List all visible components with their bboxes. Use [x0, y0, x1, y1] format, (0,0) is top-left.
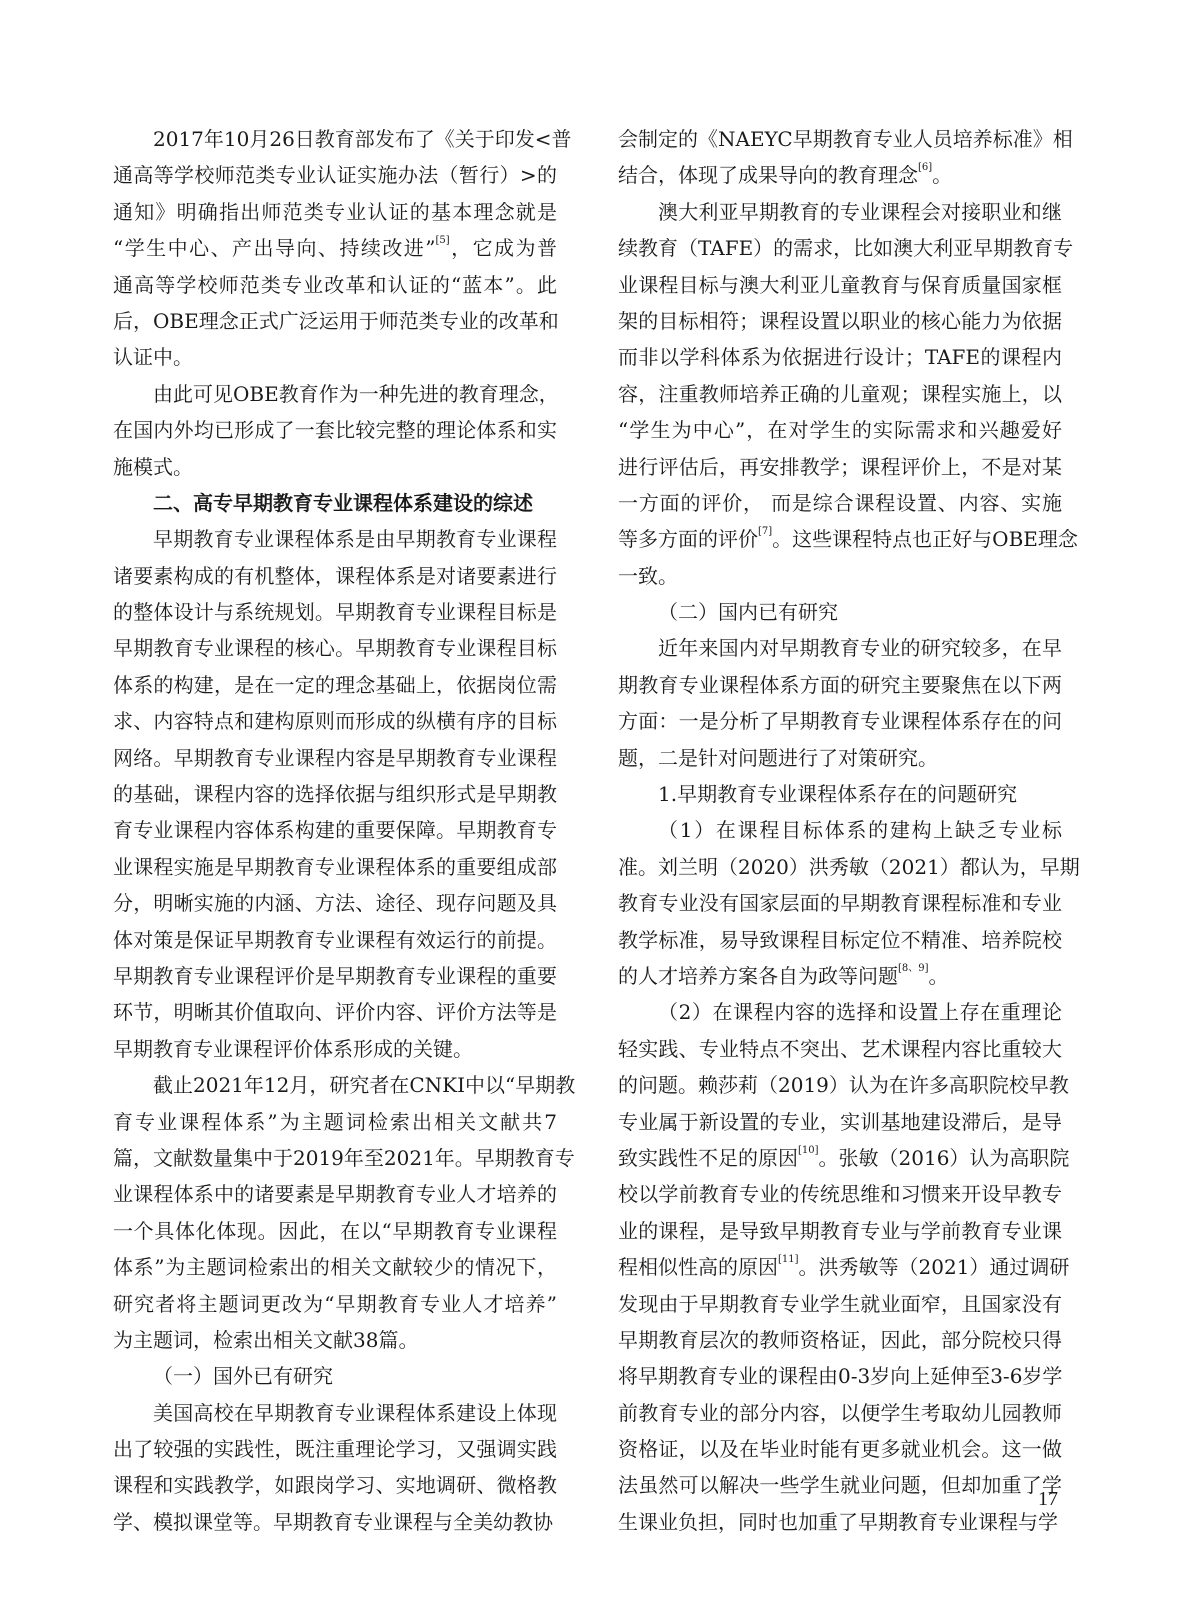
citation-ref: [5]: [435, 235, 449, 246]
citation-ref: [7]: [758, 526, 772, 537]
text-line: 一致。: [618, 558, 1062, 594]
text-line: 资格证，以及在毕业时能有更多就业机会。这一做: [618, 1431, 1062, 1467]
text-line: 业课程体系中的诸要素是早期教育专业人才培养的: [113, 1176, 557, 1212]
right-column: 会制定的《NAEYC早期教育专业人员培养标准》相结合，体现了成果导向的教育理念[…: [618, 121, 1062, 1540]
text-line: 方面：一是分析了早期教育专业课程体系存在的问: [618, 703, 1062, 739]
paragraph: 由此可见OBE教育作为一种先进的教育理念，在国内外均已形成了一套比较完整的理论体…: [113, 376, 557, 485]
text-line: 期教育专业课程体系方面的研究主要聚焦在以下两: [618, 667, 1062, 703]
text-line: 通知》明确指出师范类专业认证的基本理念就是: [113, 194, 557, 230]
text-line: 美国高校在早期教育专业课程体系建设上体现: [113, 1395, 557, 1431]
text-line: 早期教育专业课程的核心。早期教育专业课程目标: [113, 630, 557, 666]
text-line: 轻实践、专业特点不突出、艺术课程内容比重较大: [618, 1031, 1062, 1067]
text-line: 近年来国内对早期教育专业的研究较多，在早: [618, 630, 1062, 666]
text-line: 认证中。: [113, 339, 557, 375]
page-number: 17: [1038, 1488, 1058, 1511]
text-line: 求、内容特点和建构原则而形成的纵横有序的目标: [113, 703, 557, 739]
text-line: 施模式。: [113, 449, 557, 485]
text-line: （二）国内已有研究: [618, 594, 1062, 630]
text-line: 容，注重教师培养正确的儿童观；课程实施上，以: [618, 376, 1062, 412]
text-line: 通高等学校师范类专业改革和认证的“蓝本”。此: [113, 267, 557, 303]
text-line: 早期教育专业课程评价体系形成的关键。: [113, 1031, 557, 1067]
text-line: 分，明晰实施的内涵、方法、途径、现存问题及具: [113, 885, 557, 921]
text-line: 环节，明晰其价值取向、评价内容、评价方法等是: [113, 994, 557, 1030]
text-line: 通高等学校师范类专业认证实施办法（暂行）>的: [113, 157, 557, 193]
text-line: 育专业课程体系”为主题词检索出相关文献共7: [113, 1104, 557, 1140]
text-line: 二、高专早期教育专业课程体系建设的综述: [113, 485, 557, 521]
text-line: 进行评估后，再安排教学；课程评价上，不是对某: [618, 449, 1062, 485]
citation-ref: [8、9]: [898, 963, 929, 974]
text-line: 致实践性不足的原因[10]。张敏（2016）认为高职院: [618, 1140, 1062, 1176]
text-line: 早期教育专业课程体系是由早期教育专业课程: [113, 521, 557, 557]
paragraph: 近年来国内对早期教育专业的研究较多，在早期教育专业课程体系方面的研究主要聚焦在以…: [618, 630, 1062, 776]
section-heading: 二、高专早期教育专业课程体系建设的综述: [113, 485, 557, 521]
paragraph: 会制定的《NAEYC早期教育专业人员培养标准》相结合，体现了成果导向的教育理念[…: [618, 121, 1062, 194]
text-line: 截止2021年12月，研究者在CNKI中以“早期教: [113, 1067, 557, 1103]
text-line: （2）在课程内容的选择和设置上存在重理论: [618, 994, 1062, 1030]
text-line: 由此可见OBE教育作为一种先进的教育理念，: [113, 376, 557, 412]
text-line: 一方面的评价， 而是综合课程设置、内容、实施: [618, 485, 1062, 521]
text-line: 而非以学科体系为依据进行设计；TAFE的课程内: [618, 339, 1062, 375]
text-line: 出了较强的实践性，既注重理论学习，又强调实践: [113, 1431, 557, 1467]
text-line: 前教育专业的部分内容，以便学生考取幼儿园教师: [618, 1395, 1062, 1431]
text-line: 专业属于新设置的专业，实训基地建设滞后，是导: [618, 1104, 1062, 1140]
paragraph: 美国高校在早期教育专业课程体系建设上体现出了较强的实践性，既注重理论学习，又强调…: [113, 1395, 557, 1541]
text-line: 2017年10月26日教育部发布了《关于印发<普: [113, 121, 557, 157]
text-line: 学、模拟课堂等。早期教育专业课程与全美幼教协: [113, 1504, 557, 1540]
text-line: 课程和实践教学，如跟岗学习、实地调研、微格教: [113, 1467, 557, 1503]
text-line: 题，二是针对问题进行了对策研究。: [618, 740, 1062, 776]
text-line: 研究者将主题词更改为“早期教育专业人才培养”: [113, 1286, 557, 1322]
text-line: 体系的构建，是在一定的理念基础上，依据岗位需: [113, 667, 557, 703]
text-line: 架的目标相符；课程设置以职业的核心能力为依据: [618, 303, 1062, 339]
text-line: 1.早期教育专业课程体系存在的问题研究: [618, 776, 1062, 812]
text-line: （一）国外已有研究: [113, 1358, 557, 1394]
text-line: 诸要素构成的有机整体，课程体系是对诸要素进行: [113, 558, 557, 594]
paragraph: 2017年10月26日教育部发布了《关于印发<普通高等学校师范类专业认证实施办法…: [113, 121, 557, 376]
text-line: 结合，体现了成果导向的教育理念[6]。: [618, 157, 1062, 193]
text-line: “学生中心、产出导向、持续改进”[5]，它成为普: [113, 230, 557, 266]
text-line: 校以学前教育专业的传统思维和习惯来开设早教专: [618, 1176, 1062, 1212]
subsection-heading: 1.早期教育专业课程体系存在的问题研究: [618, 776, 1062, 812]
paragraph: 早期教育专业课程体系是由早期教育专业课程诸要素构成的有机整体，课程体系是对诸要素…: [113, 521, 557, 1067]
text-line: 业的课程，是导致早期教育专业与学前教育专业课: [618, 1213, 1062, 1249]
text-line: 篇，文献数量集中于2019年至2021年。早期教育专: [113, 1140, 557, 1176]
text-line: 业课程实施是早期教育专业课程体系的重要组成部: [113, 849, 557, 885]
text-line: 为主题词，检索出相关文献38篇。: [113, 1322, 557, 1358]
citation-ref: [10]: [798, 1145, 819, 1156]
text-line: 教学标准，易导致课程目标定位不精准、培养院校: [618, 922, 1062, 958]
paragraph: （2）在课程内容的选择和设置上存在重理论轻实践、专业特点不突出、艺术课程内容比重…: [618, 994, 1062, 1540]
text-line: 后，OBE理念正式广泛运用于师范类专业的改革和: [113, 303, 557, 339]
text-line: 程相似性高的原因[11]。洪秀敏等（2021）通过调研: [618, 1249, 1062, 1285]
text-line: 业课程目标与澳大利亚儿童教育与保育质量国家框: [618, 267, 1062, 303]
text-line: 在国内外均已形成了一套比较完整的理论体系和实: [113, 412, 557, 448]
text-line: 准。刘兰明（2020）洪秀敏（2021）都认为，早期: [618, 849, 1062, 885]
citation-ref: [11]: [778, 1254, 799, 1265]
text-line: 育专业课程内容体系构建的重要保障。早期教育专: [113, 812, 557, 848]
text-line: 的问题。赖莎莉（2019）认为在许多高职院校早教: [618, 1067, 1062, 1103]
text-line: 的基础，课程内容的选择依据与组织形式是早期教: [113, 776, 557, 812]
left-column: 2017年10月26日教育部发布了《关于印发<普通高等学校师范类专业认证实施办法…: [113, 121, 557, 1540]
text-line: 一个具体化体现。因此，在以“早期教育专业课程: [113, 1213, 557, 1249]
text-line: 生课业负担，同时也加重了早期教育专业课程与学: [618, 1504, 1062, 1540]
paragraph: 截止2021年12月，研究者在CNKI中以“早期教育专业课程体系”为主题词检索出…: [113, 1067, 557, 1358]
text-line: 网络。早期教育专业课程内容是早期教育专业课程: [113, 740, 557, 776]
paragraph: （1）在课程目标体系的建构上缺乏专业标准。刘兰明（2020）洪秀敏（2021）都…: [618, 812, 1062, 994]
text-line: 体系”为主题词检索出的相关文献较少的情况下，: [113, 1249, 557, 1285]
text-line: 续教育（TAFE）的需求，比如澳大利亚早期教育专: [618, 230, 1062, 266]
text-line: 的人才培养方案各自为政等问题[8、9]。: [618, 958, 1062, 994]
paragraph: 澳大利亚早期教育的专业课程会对接职业和继续教育（TAFE）的需求，比如澳大利亚早…: [618, 194, 1062, 594]
citation-ref: [6]: [918, 162, 932, 173]
subsection-heading: （一）国外已有研究: [113, 1358, 557, 1394]
text-line: 早期教育层次的教师资格证，因此，部分院校只得: [618, 1322, 1062, 1358]
text-line: 教育专业没有国家层面的早期教育课程标准和专业: [618, 885, 1062, 921]
text-line: （1）在课程目标体系的建构上缺乏专业标: [618, 812, 1062, 848]
text-line: 发现由于早期教育专业学生就业面窄，且国家没有: [618, 1286, 1062, 1322]
text-line: 法虽然可以解决一些学生就业问题，但却加重了学: [618, 1467, 1062, 1503]
text-line: 澳大利亚早期教育的专业课程会对接职业和继: [618, 194, 1062, 230]
text-line: 早期教育专业课程评价是早期教育专业课程的重要: [113, 958, 557, 994]
subsection-heading: （二）国内已有研究: [618, 594, 1062, 630]
text-line: 的整体设计与系统规划。早期教育专业课程目标是: [113, 594, 557, 630]
text-line: 体对策是保证早期教育专业课程有效运行的前提。: [113, 922, 557, 958]
text-line: 等多方面的评价[7]。这些课程特点也正好与OBE理念: [618, 521, 1062, 557]
text-line: 将早期教育专业的课程由0-3岁向上延伸至3-6岁学: [618, 1358, 1062, 1394]
text-line: 会制定的《NAEYC早期教育专业人员培养标准》相: [618, 121, 1062, 157]
text-line: “学生为中心”，在对学生的实际需求和兴趣爱好: [618, 412, 1062, 448]
